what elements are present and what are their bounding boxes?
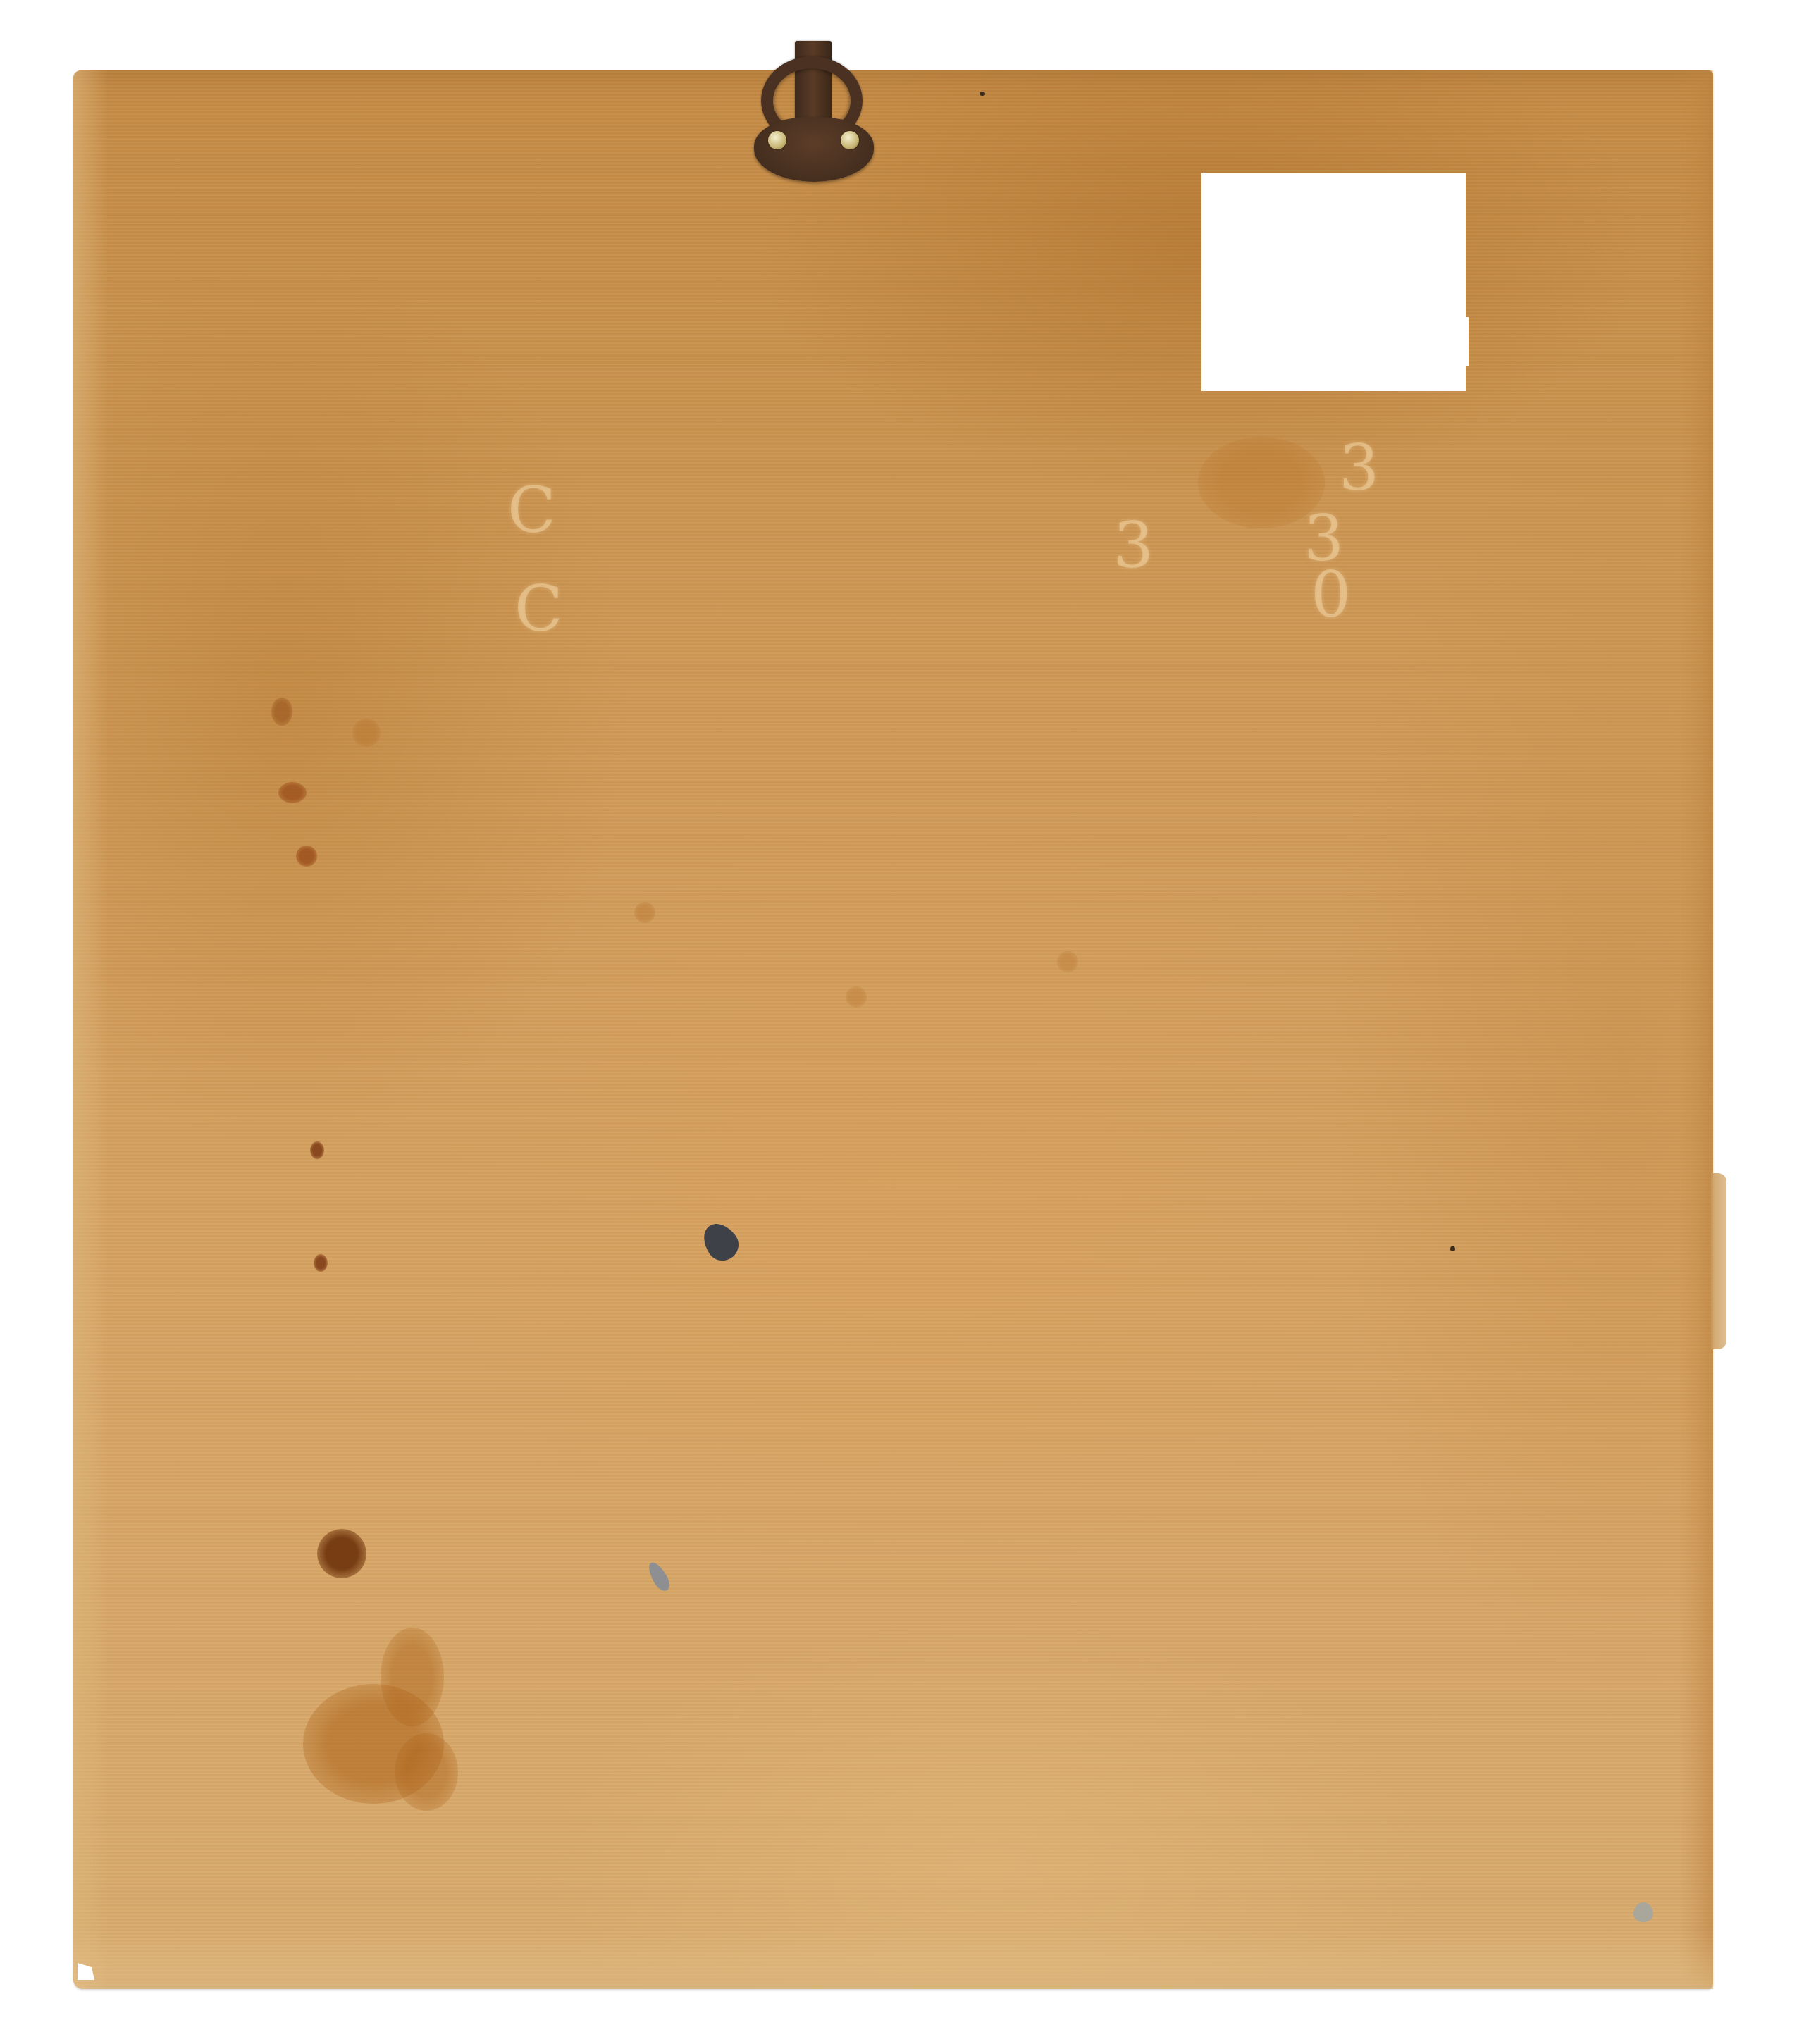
- stain: [271, 698, 292, 726]
- stain: [395, 1733, 458, 1811]
- rivet-icon: [841, 131, 859, 149]
- stain: [846, 986, 867, 1008]
- hanging-ring: [747, 41, 881, 182]
- rivet-icon: [768, 131, 786, 149]
- stain: [278, 782, 307, 803]
- redaction-rectangle: [1201, 173, 1466, 391]
- pressed-mark: 3: [1339, 437, 1379, 500]
- pressed-mark: C: [514, 578, 563, 641]
- stain: [296, 846, 317, 867]
- pressed-mark: 0: [1311, 564, 1351, 627]
- speck: [1450, 1246, 1455, 1251]
- stain: [314, 1254, 328, 1272]
- photo-scene: 3330CC: [0, 0, 1804, 2044]
- redaction-edge: [1466, 317, 1469, 366]
- hanger-plate: [754, 117, 874, 182]
- stain: [1057, 951, 1078, 972]
- stain: [634, 902, 655, 923]
- panel-left-edge: [73, 70, 109, 1989]
- pressed-mark: 3: [1113, 514, 1154, 578]
- panel-right-edge: [1678, 70, 1713, 1989]
- panel-bottom-edge: [73, 1931, 1713, 1989]
- stain: [352, 719, 381, 747]
- frayed-fabric-tab: [1711, 1173, 1726, 1349]
- stain: [310, 1141, 324, 1159]
- speck: [980, 92, 985, 96]
- pressed-mark: C: [507, 479, 556, 543]
- stain: [317, 1529, 366, 1578]
- corner-fleck: [1633, 1902, 1653, 1922]
- stain: [381, 1628, 444, 1726]
